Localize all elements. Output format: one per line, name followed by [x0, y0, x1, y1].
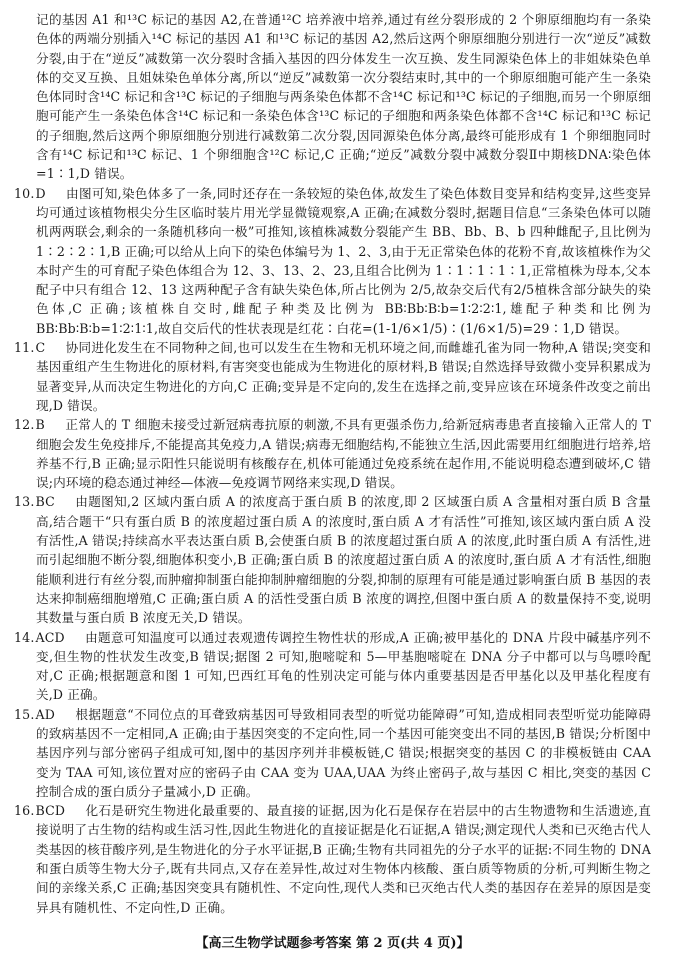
- answer-item-16: 16.BCD化石是研究生物进化最重要的、最直接的证据,因为化石是保存在岩层中的古…: [14, 801, 651, 917]
- item-number: 14.: [14, 630, 34, 645]
- answer-item-15: 15.AD根据题意“不同位点的耳聋致病基因可导致相同表型的听觉功能障碍”可知,造…: [14, 705, 651, 801]
- item-head: 12.B: [14, 417, 45, 432]
- item-answer: B: [35, 417, 44, 432]
- item-number: 16.: [14, 803, 34, 818]
- item-answer: BC: [35, 494, 54, 509]
- item-number: 12.: [14, 417, 34, 432]
- item-explanation: 由图可知,染色体多了一条,同时还存在一条较短的染色体,故发生了染色体数目变异和结…: [36, 186, 651, 336]
- answer-sheet-page: 记的基因 A1 和¹³C 标记的基因 A2,在普通¹²C 培养液中培养,通过有丝…: [0, 0, 677, 963]
- item-number: 13.: [14, 494, 34, 509]
- item-answer: AD: [35, 707, 55, 722]
- item-explanation: 根据题意“不同位点的耳聋致病基因可导致相同表型的听觉功能障碍”可知,造成相同表型…: [36, 707, 651, 799]
- item-head: 14.ACD: [14, 630, 65, 645]
- item-head: 10.D: [14, 186, 46, 201]
- item-number: 10.: [14, 186, 34, 201]
- item-answer: ACD: [35, 630, 64, 645]
- answer-item-14: 14.ACD由题意可知温度可以通过表观遗传调控生物性状的形成,A 正确;被甲基化…: [14, 628, 651, 705]
- item-explanation: 由题图知,2 区域内蛋白质 A 的浓度高于蛋白质 B 的浓度,即 2 区域蛋白质…: [36, 494, 651, 625]
- answer-item-13: 13.BC由题图知,2 区域内蛋白质 A 的浓度高于蛋白质 B 的浓度,即 2 …: [14, 492, 651, 627]
- item-answer: BCD: [35, 803, 65, 818]
- item-head: 15.AD: [14, 707, 55, 722]
- answers-content: 记的基因 A1 和¹³C 标记的基因 A2,在普通¹²C 培养液中培养,通过有丝…: [14, 10, 651, 926]
- item-explanation: 正常人的 T 细胞未接受过新冠病毒抗原的刺激,不具有更强杀伤力,给新冠病毒患者直…: [36, 417, 651, 490]
- item-explanation: 化石是研究生物进化最重要的、最直接的证据,因为化石是保存在岩层中的古生物遗物和生…: [36, 803, 651, 914]
- item-answer: C: [35, 340, 45, 355]
- answer-item-11: 11.C协同进化发生在不同物种之间,也可以发生在生物和无机环境之间,而雌雄孔雀为…: [14, 338, 651, 415]
- answer-item-10: 10.D由图可知,染色体多了一条,同时还存在一条较短的染色体,故发生了染色体数目…: [14, 184, 651, 338]
- answer-item-12: 12.B正常人的 T 细胞未接受过新冠病毒抗原的刺激,不具有更强杀伤力,给新冠病…: [14, 415, 651, 492]
- item-explanation: 由题意可知温度可以通过表观遗传调控生物性状的形成,A 正确;被甲基化的 DNA …: [36, 630, 651, 703]
- page-footer: 【高三生物学试题参考答案 第 2 页(共 4 页)】: [14, 926, 651, 963]
- continuation-text: 记的基因 A1 和¹³C 标记的基因 A2,在普通¹²C 培养液中培养,通过有丝…: [36, 12, 651, 181]
- item-head: 13.BC: [14, 494, 55, 509]
- continuation-paragraph: 记的基因 A1 和¹³C 标记的基因 A2,在普通¹²C 培养液中培养,通过有丝…: [14, 10, 651, 184]
- item-number: 11.: [14, 340, 34, 355]
- item-explanation: 协同进化发生在不同物种之间,也可以发生在生物和无机环境之间,而雌雄孔雀为同一物种…: [36, 340, 651, 413]
- item-number: 15.: [14, 707, 34, 722]
- item-answer: D: [35, 186, 45, 201]
- item-head: 11.C: [14, 340, 45, 355]
- item-head: 16.BCD: [14, 803, 65, 818]
- page-footer-text: 【高三生物学试题参考答案 第 2 页(共 4 页)】: [195, 936, 469, 951]
